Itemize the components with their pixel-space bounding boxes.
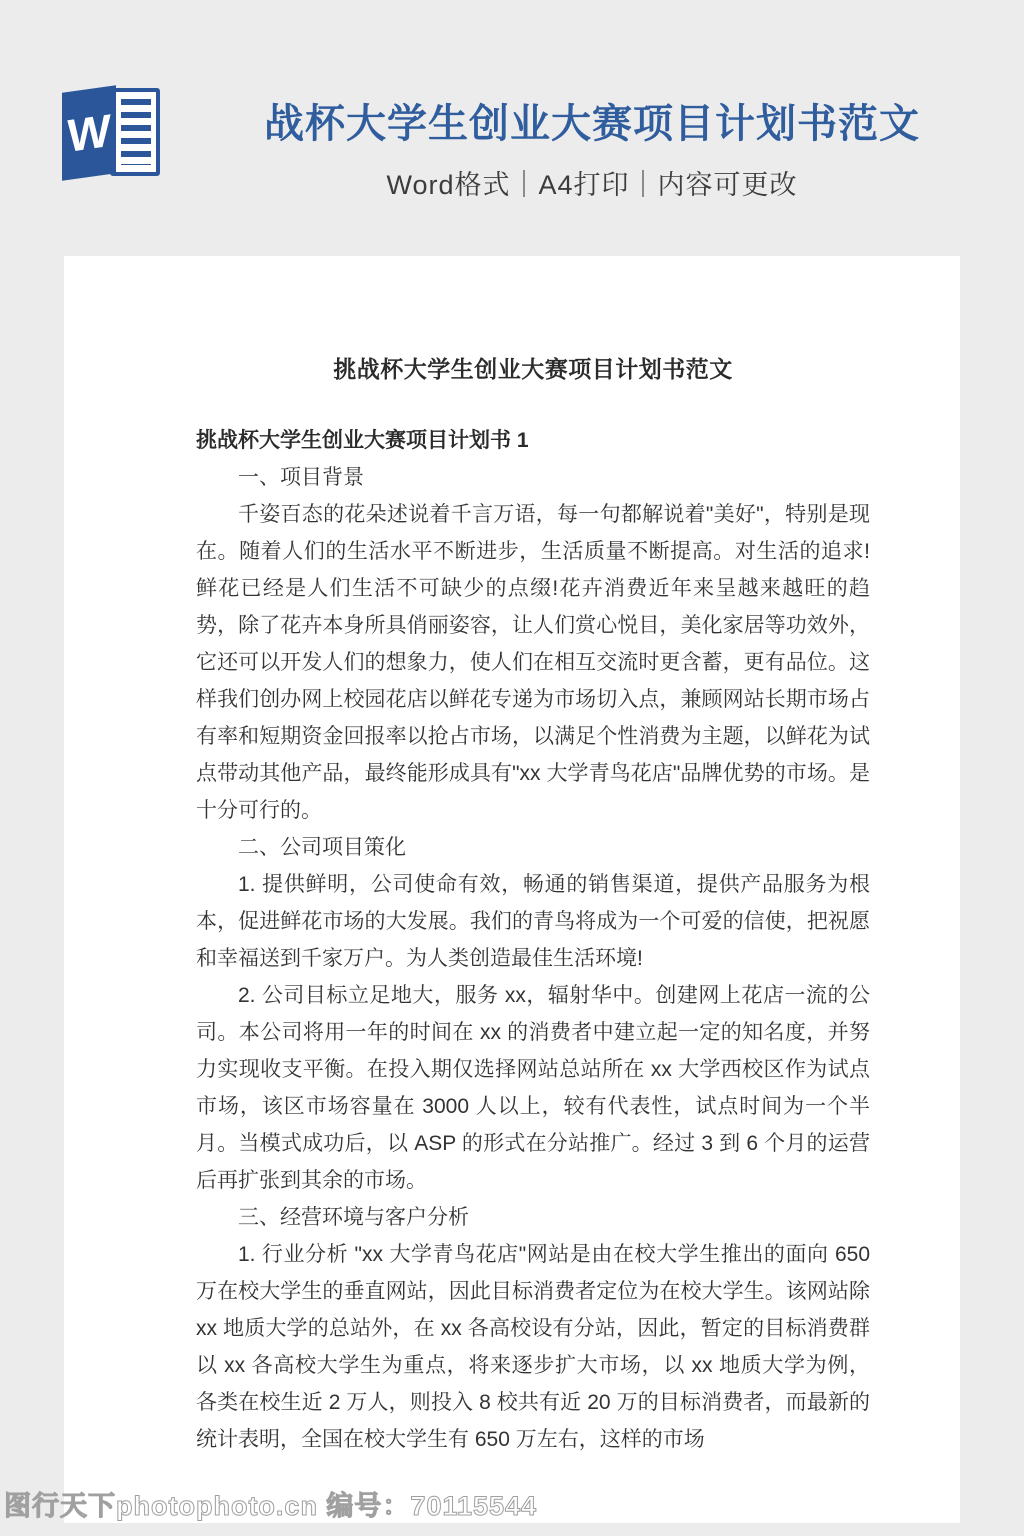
word-icon: W [62,80,162,186]
word-icon-document-sheet [110,88,160,176]
word-icon-letter: W [62,85,116,181]
paragraph: 1. 提供鲜明，公司使命有效，畅通的销售渠道，提供产品服务为根本，促进鲜花市场的… [196,866,870,977]
section-heading-1: 一、项目背景 [196,459,870,496]
document-heading: 挑战杯大学生创业大赛项目计划书 1 [196,422,870,459]
page-subtitle: Word格式｜A4打印｜内容可更改 [170,163,1014,202]
section-heading-2: 二、公司项目策化 [196,829,870,866]
word-icon-text-lines [121,99,151,165]
header-text: 战杯大学生创业大赛项目计划书范文 Word格式｜A4打印｜内容可更改 [170,92,1014,202]
watermark: 图行天下photophoto.cn 编号：70115544 [4,1484,537,1523]
paragraph: 2. 公司目标立足地大，服务 xx，辐射华中。创建网上花店一流的公司。本公司将用… [196,977,870,1199]
paragraph: 千姿百态的花朵述说着千言万语，每一句都解说着"美好"，特别是现在。随着人们的生活… [196,496,870,829]
document-title: 挑战杯大学生创业大赛项目计划书范文 [196,354,870,384]
document-page: 挑战杯大学生创业大赛项目计划书范文 挑战杯大学生创业大赛项目计划书 1 一、项目… [64,256,960,1523]
section-heading-3: 三、经营环境与客户分析 [196,1199,870,1236]
paragraph: 1. 行业分析 "xx 大学青鸟花店"网站是由在校大学生推出的面向 650 万在… [196,1236,870,1458]
page-title: 战杯大学生创业大赛项目计划书范文 [170,92,1014,149]
header: W 战杯大学生创业大赛项目计划书范文 Word格式｜A4打印｜内容可更改 [0,0,1024,256]
